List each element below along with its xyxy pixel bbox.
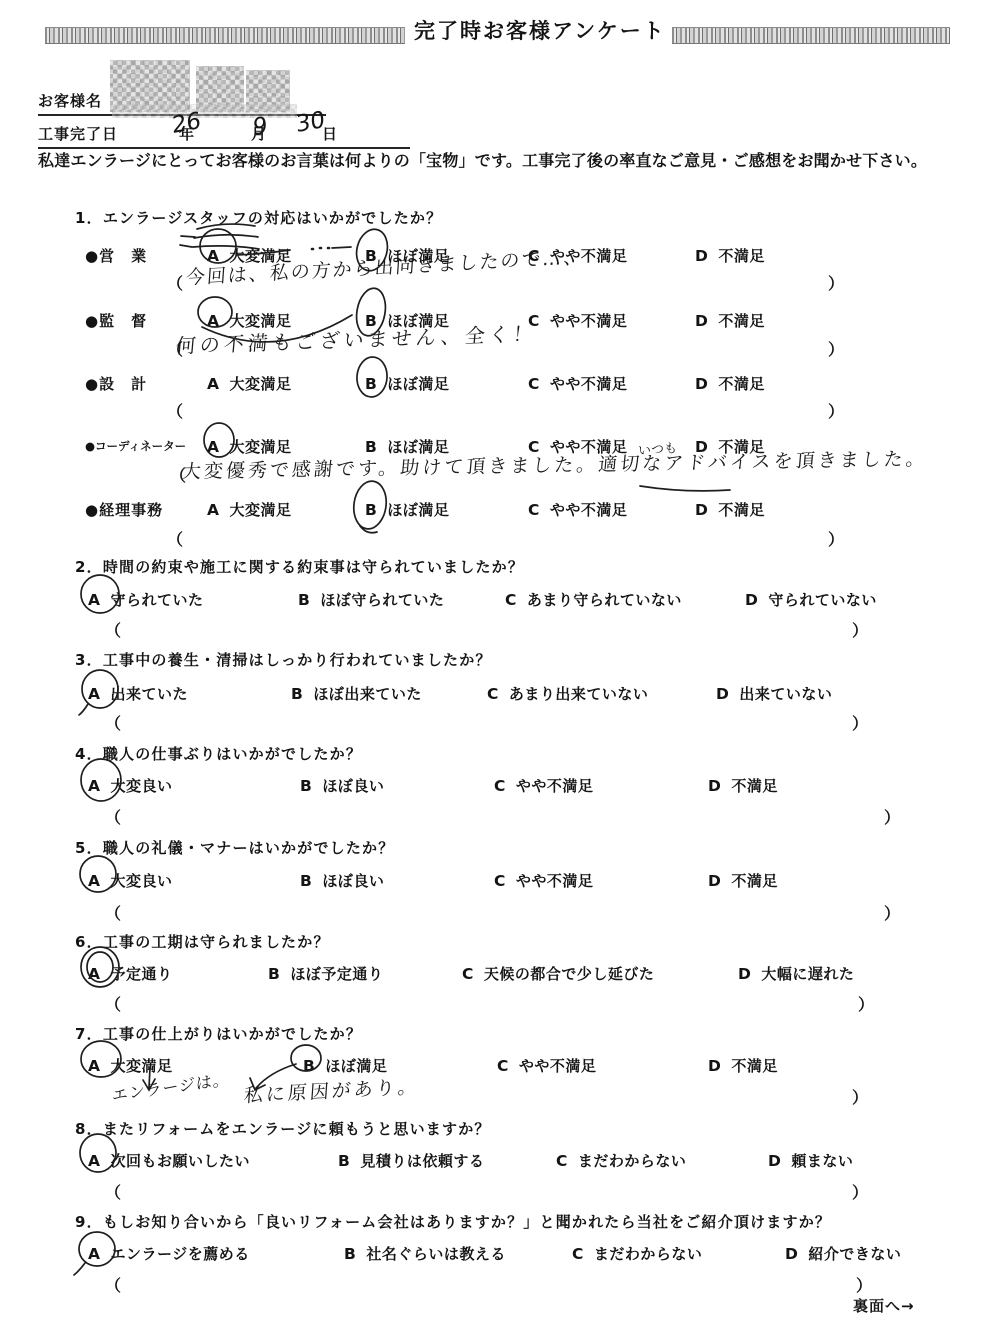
- option-letter-b: B: [268, 965, 280, 983]
- option-letter-c: C: [528, 501, 540, 519]
- q4-option-a: A大変良い: [88, 775, 173, 796]
- option-label: 不満足: [718, 375, 765, 393]
- q7-option-b: Bほぼ満足: [303, 1055, 387, 1076]
- option-letter-b: B: [365, 501, 377, 519]
- option-letter-a: A: [207, 501, 220, 519]
- question-6-title: 6．工事の工期は守られましたか？: [75, 931, 330, 952]
- hand-scribble-ticks: [180, 236, 195, 247]
- option-label: 大変満足: [230, 375, 292, 393]
- comment-paren-close: ）: [856, 1273, 872, 1296]
- option-label: 次回もお願いしたい: [111, 1152, 251, 1170]
- q1-design-option-d: D不満足: [695, 373, 765, 394]
- q7-option-d: D不満足: [708, 1055, 778, 1076]
- question-4-title: 4．職人の仕事ぶりはいかがでしたか？: [75, 743, 362, 764]
- option-label: エンラージを薦める: [111, 1245, 250, 1263]
- option-letter-a: A: [88, 1245, 101, 1263]
- option-letter-a: A: [88, 872, 101, 890]
- intro-text: 私達エンラージにとってお客様のお言葉は何よりの「宝物」です。工事完了後の率直なご…: [38, 148, 927, 171]
- option-label: やや不満足: [550, 375, 628, 393]
- option-label: 守られていない: [768, 591, 877, 609]
- option-letter-d: D: [695, 247, 708, 265]
- option-label: 大幅に遅れた: [761, 965, 854, 983]
- option-label: 不満足: [718, 501, 765, 519]
- q3-option-b: Bほぼ出来ていた: [291, 683, 422, 704]
- option-letter-d: D: [716, 685, 729, 703]
- comment-paren-open: （: [105, 805, 121, 828]
- q1-accounting-option-a: A大変満足: [207, 499, 292, 520]
- option-label: 不満足: [718, 312, 765, 330]
- question-9-title: 9．もしお知り合いから「良いリフォーム会社はありますか？」と聞かれたら当社をご紹…: [75, 1211, 831, 1232]
- q1-design-option-b: Bほぼ満足: [365, 373, 449, 394]
- option-letter-d: D: [708, 777, 721, 795]
- option-letter-c: C: [556, 1152, 568, 1170]
- q4-option-c: Cやや不満足: [494, 775, 593, 796]
- customer-name-label: お客様名: [38, 90, 102, 111]
- option-label: 不満足: [731, 777, 778, 795]
- q9-option-d: D紹介できない: [785, 1243, 901, 1264]
- header-dither-bar-right: [672, 27, 950, 44]
- q3-option-c: Cあまり出来ていない: [487, 683, 648, 704]
- option-letter-c: C: [494, 777, 506, 795]
- option-letter-a: A: [88, 777, 101, 795]
- option-letter-c: C: [505, 591, 517, 609]
- hand-underline-q1-coordinator: [640, 486, 730, 491]
- q9-option-a: Aエンラージを薦める: [88, 1243, 250, 1264]
- back-page-note: 裏面へ→: [853, 1295, 915, 1316]
- q1-row-label-coordinator: ●コーディネーター: [85, 438, 186, 454]
- q2-option-d: D守られていない: [745, 589, 877, 610]
- comment-paren-open: （: [105, 618, 121, 641]
- comment-paren-close: ）: [852, 711, 868, 734]
- option-label: やや不満足: [519, 1057, 597, 1075]
- handwritten-month: 9: [253, 112, 268, 141]
- option-label: 不満足: [718, 247, 765, 265]
- q2-option-b: Bほぼ守られていた: [298, 589, 444, 610]
- hand-tail-q3-a: [79, 704, 88, 715]
- question-7-title: 7．工事の仕上がりはいかがでしたか？: [75, 1023, 362, 1044]
- handwritten-note-q7-b: 私に原因があり。: [243, 1072, 421, 1108]
- completion-date-label: 工事完了日: [38, 123, 118, 144]
- option-letter-b: B: [300, 777, 312, 795]
- q3-option-a: A出来ていた: [88, 683, 188, 704]
- q5-option-d: D不満足: [708, 870, 778, 891]
- option-label: ほぼ良い: [322, 872, 384, 890]
- option-label: 不満足: [731, 872, 778, 890]
- option-letter-d: D: [738, 965, 751, 983]
- option-letter-b: B: [291, 685, 303, 703]
- option-label: 社名ぐらいは教える: [366, 1245, 506, 1263]
- q9-option-b: B社名ぐらいは教える: [344, 1243, 506, 1264]
- q7-option-c: Cやや不満足: [497, 1055, 596, 1076]
- q1-sales-option-d: D不満足: [695, 245, 765, 266]
- q9-option-c: Cまだわからない: [572, 1243, 702, 1264]
- q6-option-d: D大幅に遅れた: [738, 963, 854, 984]
- option-label: 大変満足: [230, 501, 292, 519]
- option-letter-d: D: [708, 872, 721, 890]
- comment-paren-open: （: [167, 271, 183, 294]
- question-1-title: 1．エンラージスタッフの対応はいかがでしたか？: [75, 207, 442, 228]
- q1-coordinator-option-a: A大変満足: [207, 436, 292, 457]
- option-letter-d: D: [745, 591, 758, 609]
- option-letter-a: A: [207, 438, 220, 456]
- q5-option-c: Cやや不満足: [494, 870, 593, 891]
- q6-option-b: Bほぼ予定通り: [268, 963, 383, 984]
- q3-option-d: D出来ていない: [716, 683, 832, 704]
- scanned-survey-page: 完了時お客様アンケート お客様名 工事完了日 年 月 日 26 9 30 私達エ…: [0, 0, 981, 1335]
- question-8-title: 8．またリフォームをエンラージに頼もうと思いますか？: [75, 1118, 491, 1139]
- question-3-title: 3．工事中の養生・清掃はしっかり行われていましたか？: [75, 649, 492, 670]
- option-letter-a: A: [207, 375, 220, 393]
- q1-supervisor-option-c: Cやや不満足: [528, 310, 627, 331]
- q2-option-a: A守られていた: [88, 589, 204, 610]
- option-label: やや不満足: [550, 312, 628, 330]
- hand-tail-q1-accounting: [360, 526, 377, 533]
- option-label: あまり出来ていない: [509, 685, 649, 703]
- handwritten-year: 26: [172, 108, 202, 139]
- comment-paren-close: ）: [884, 805, 900, 828]
- option-letter-a: A: [88, 1057, 101, 1075]
- q1-accounting-option-b: Bほぼ満足: [365, 499, 449, 520]
- option-letter-c: C: [487, 685, 499, 703]
- header-dither-bar-left: [45, 27, 405, 44]
- q1-row-label-accounting: ●経理事務: [85, 499, 163, 520]
- option-label: まだわからない: [594, 1245, 703, 1263]
- option-letter-d: D: [708, 1057, 721, 1075]
- option-label: 不満足: [731, 1057, 778, 1075]
- privacy-mosaic-name-4: [112, 104, 297, 118]
- q1-design-option-a: A大変満足: [207, 373, 292, 394]
- option-letter-a: A: [88, 591, 101, 609]
- option-letter-b: B: [344, 1245, 356, 1263]
- option-label: ほぼ良い: [322, 777, 384, 795]
- option-label: 出来ていない: [739, 685, 832, 703]
- option-label: 天候の都合で少し延びた: [484, 965, 655, 983]
- q4-option-b: Bほぼ良い: [300, 775, 384, 796]
- handwritten-comment-q1-coordinator: 大変優秀で感謝です。助けて頂きました。適切なアドバイスを頂きました。: [181, 444, 929, 484]
- comment-paren-open: （: [167, 527, 183, 550]
- comment-paren-open: （: [167, 399, 183, 422]
- option-label: ほぼ予定通り: [290, 965, 383, 983]
- q8-option-c: Cまだわからない: [556, 1150, 686, 1171]
- comment-paren-open: （: [105, 901, 121, 924]
- option-letter-c: C: [572, 1245, 584, 1263]
- option-label: やや不満足: [550, 501, 628, 519]
- option-label: ほぼ出来ていた: [313, 685, 422, 703]
- q4-option-d: D不満足: [708, 775, 778, 796]
- option-letter-b: B: [338, 1152, 350, 1170]
- question-5-title: 5．職人の礼儀・マナーはいかがでしたか？: [75, 837, 394, 858]
- q1-row-label-supervisor: ●監 督: [85, 310, 147, 331]
- hand-connector-q1-sales: [332, 247, 351, 248]
- hand-dots-q1-sales: [312, 248, 329, 249]
- comment-paren-open: （: [105, 992, 121, 1015]
- option-letter-a: A: [88, 685, 101, 703]
- comment-paren-close: ）: [828, 271, 844, 294]
- option-letter-c: C: [462, 965, 474, 983]
- option-letter-b: B: [365, 375, 377, 393]
- option-letter-b: B: [303, 1057, 315, 1075]
- q7-option-a: A大変満足: [88, 1055, 173, 1076]
- option-label: あまり守られていない: [527, 591, 682, 609]
- option-label: 予定通り: [111, 965, 173, 983]
- option-label: やや不満足: [516, 872, 594, 890]
- comment-paren-close: ）: [852, 1180, 868, 1203]
- option-letter-b: B: [300, 872, 312, 890]
- comment-paren-open: （: [105, 1273, 121, 1296]
- option-label: 大変良い: [111, 777, 173, 795]
- comment-paren-open: （: [105, 711, 121, 734]
- option-label: ほぼ守られていた: [320, 591, 444, 609]
- question-2-title: 2．時間の約束や施工に関する約束事は守られていましたか？: [75, 556, 524, 577]
- q8-option-b: B見積りは依頼する: [338, 1150, 484, 1171]
- option-label: 出来ていた: [111, 685, 189, 703]
- q8-option-d: D頼まない: [768, 1150, 853, 1171]
- option-label: 大変満足: [230, 438, 292, 456]
- comment-paren-close: ）: [828, 527, 844, 550]
- comment-paren-close: ）: [852, 618, 868, 641]
- option-label: 大変満足: [111, 1057, 173, 1075]
- option-letter-c: C: [528, 375, 540, 393]
- option-letter-d: D: [695, 312, 708, 330]
- comment-paren-close: ）: [828, 399, 844, 422]
- option-label: ほぼ満足: [387, 375, 449, 393]
- completion-date-field: 工事完了日 年 月 日: [38, 117, 410, 149]
- option-letter-d: D: [695, 375, 708, 393]
- option-label: 紹介できない: [808, 1245, 901, 1263]
- hand-tail-q9-a: [74, 1263, 85, 1275]
- comment-paren-close: ）: [858, 992, 874, 1015]
- option-letter-b: B: [298, 591, 310, 609]
- option-letter-a: A: [207, 312, 220, 330]
- option-label: やや不満足: [516, 777, 594, 795]
- comment-paren-close: ）: [852, 1085, 868, 1108]
- handwritten-insert-itsumo: いつも: [637, 437, 677, 459]
- option-label: ほぼ満足: [387, 501, 449, 519]
- option-label: 頼まない: [791, 1152, 853, 1170]
- option-label: 大変良い: [111, 872, 173, 890]
- q5-option-a: A大変良い: [88, 870, 173, 891]
- option-label: ほぼ満足: [325, 1057, 387, 1075]
- handwritten-day: 30: [296, 107, 326, 138]
- q5-option-b: Bほぼ良い: [300, 870, 384, 891]
- option-letter-a: A: [88, 965, 101, 983]
- comment-paren-close: ）: [828, 337, 844, 360]
- comment-paren-open: （: [105, 1180, 121, 1203]
- q2-option-c: Cあまり守られていない: [505, 589, 682, 610]
- comment-paren-close: ）: [884, 901, 900, 924]
- option-letter-d: D: [785, 1245, 798, 1263]
- option-letter-a: A: [88, 1152, 101, 1170]
- q1-row-label-sales: ●営 業: [85, 245, 147, 266]
- option-label: 見積りは依頼する: [360, 1152, 484, 1170]
- option-letter-c: C: [497, 1057, 509, 1075]
- q1-accounting-option-d: D不満足: [695, 499, 765, 520]
- option-label: まだわからない: [578, 1152, 687, 1170]
- q1-accounting-option-c: Cやや不満足: [528, 499, 627, 520]
- q1-design-option-c: Cやや不満足: [528, 373, 627, 394]
- page-title: 完了時お客様アンケート: [414, 15, 666, 45]
- q8-option-a: A次回もお願いしたい: [88, 1150, 250, 1171]
- option-letter-c: C: [494, 872, 506, 890]
- q1-row-label-design: ●設 計: [85, 373, 147, 394]
- option-letter-d: D: [695, 501, 708, 519]
- q6-option-c: C天候の都合で少し延びた: [462, 963, 654, 984]
- option-label: 守られていた: [111, 591, 204, 609]
- q1-supervisor-option-d: D不満足: [695, 310, 765, 331]
- q6-option-a: A予定通り: [88, 963, 173, 984]
- option-letter-d: D: [768, 1152, 781, 1170]
